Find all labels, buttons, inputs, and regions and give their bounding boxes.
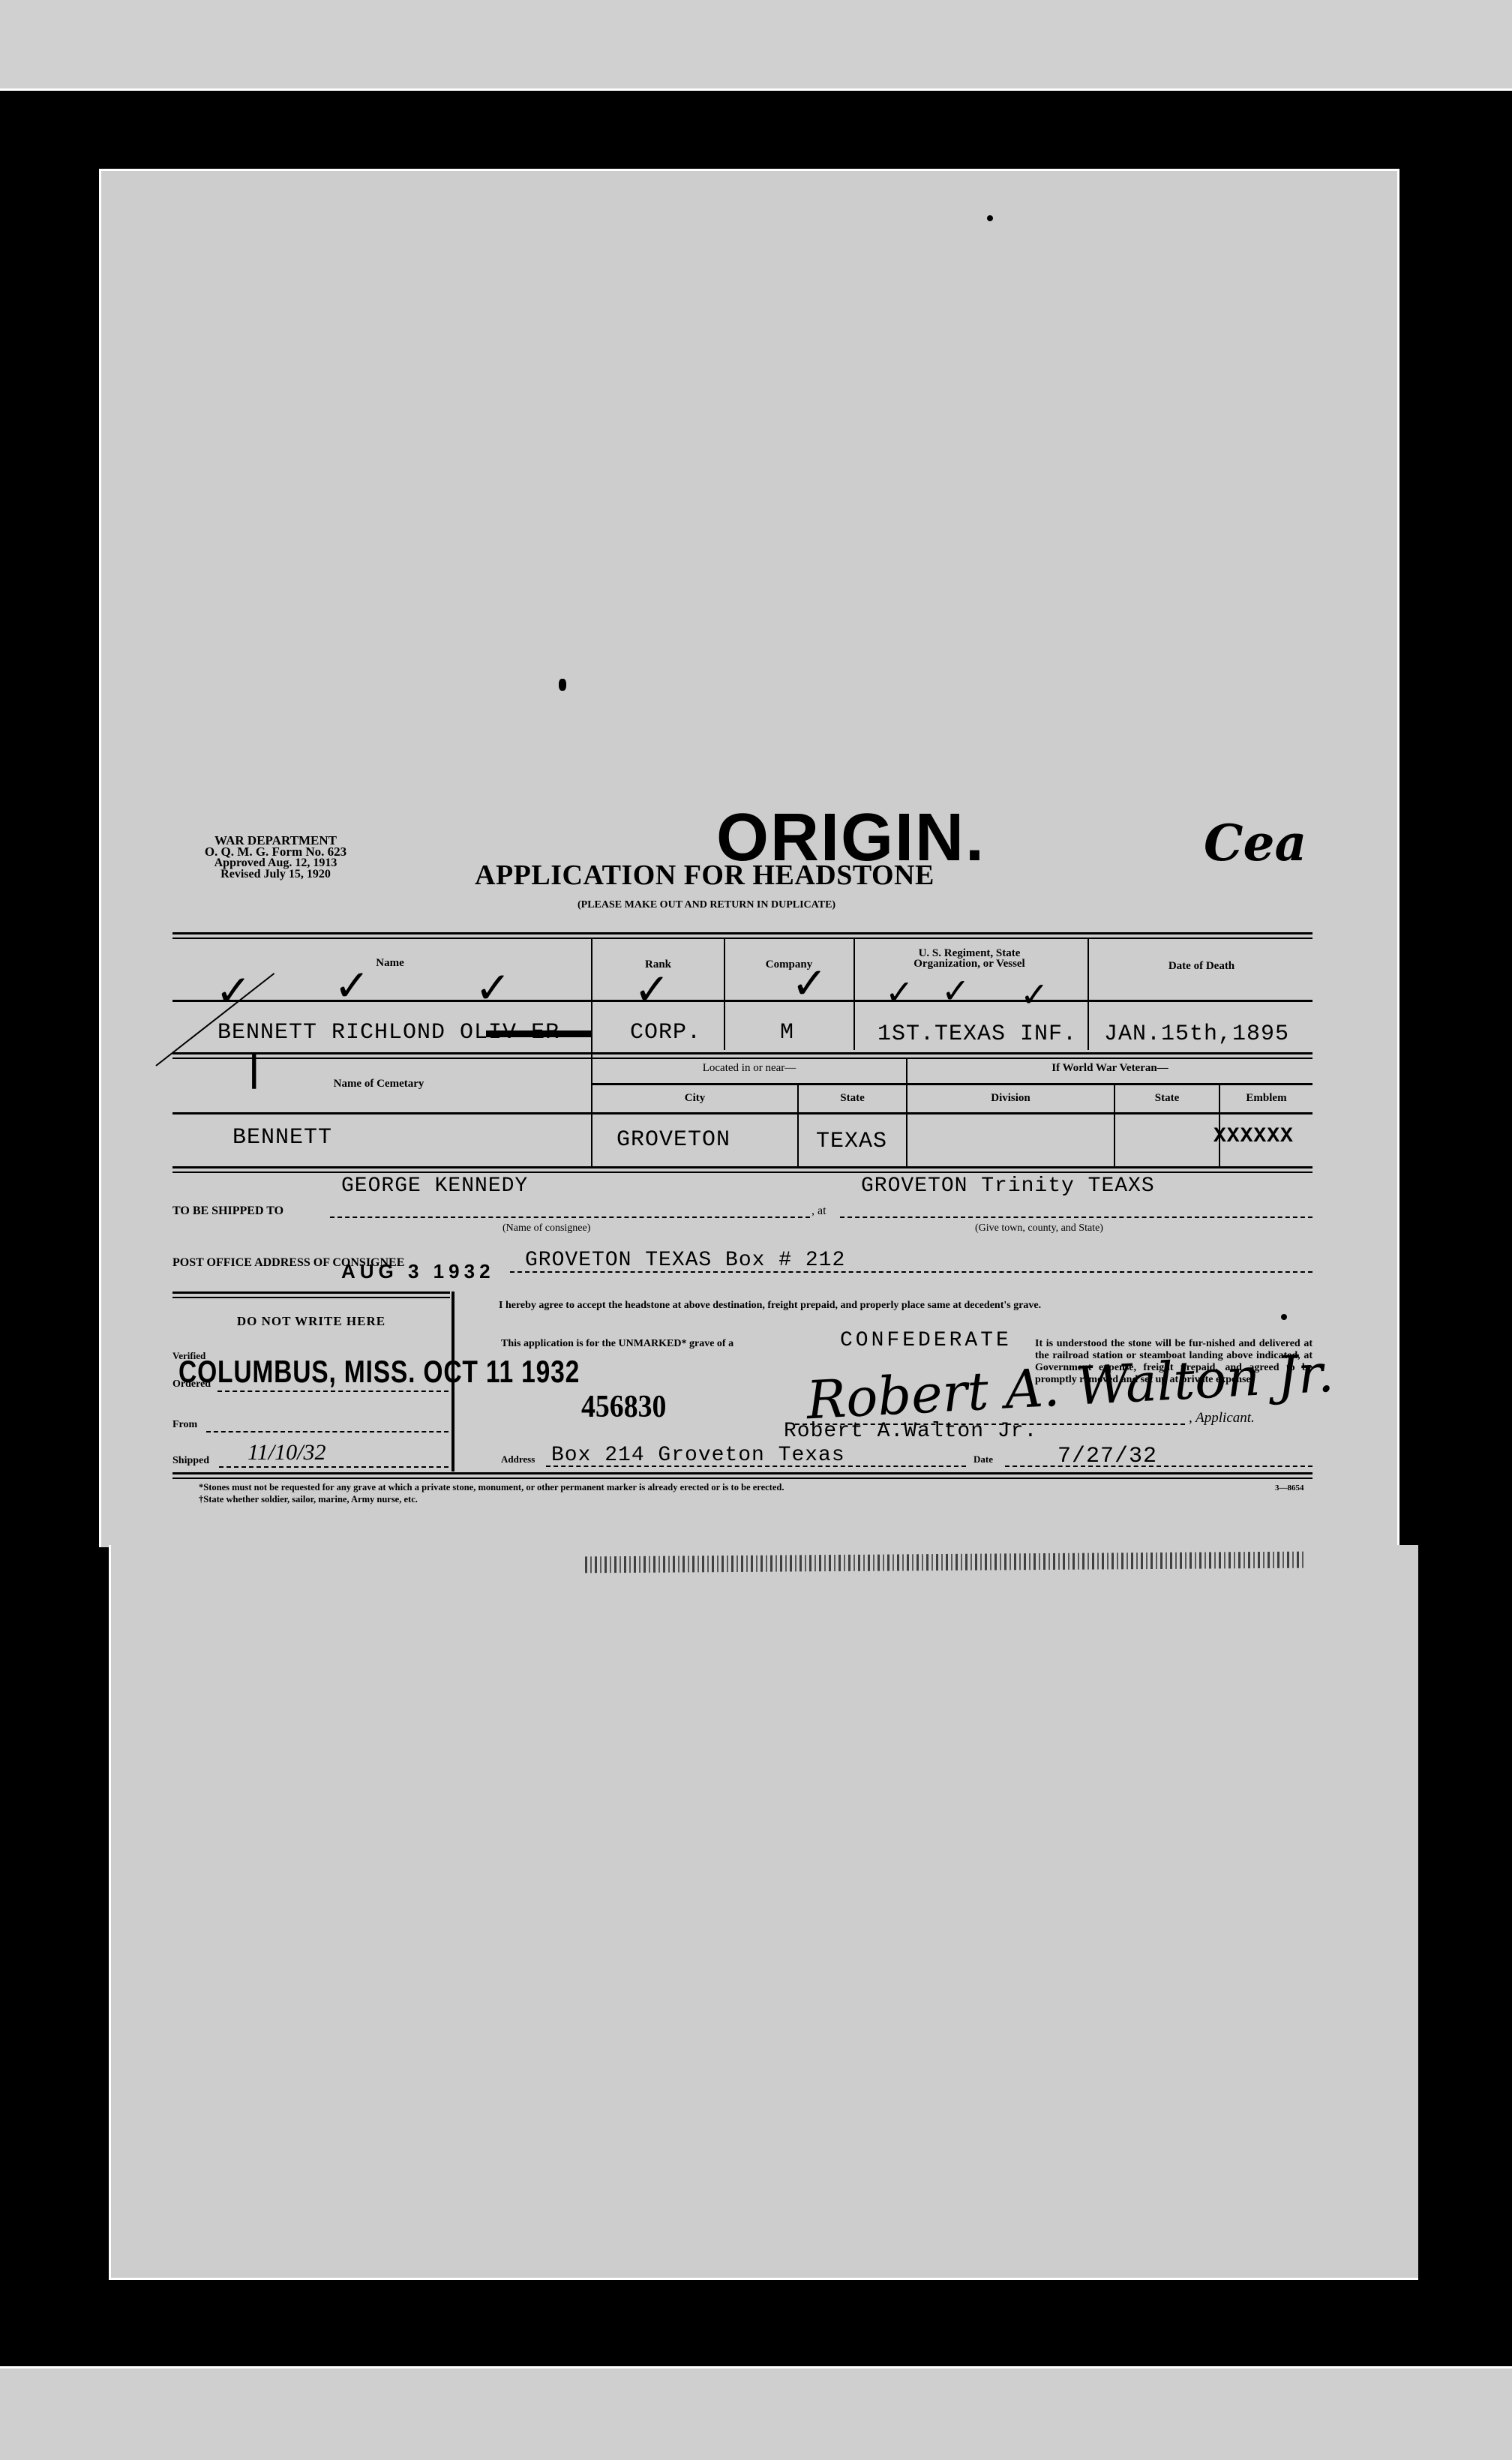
date-line (1005, 1465, 1312, 1467)
speck (987, 215, 993, 221)
accept-statement: I hereby agree to accept the headstone a… (499, 1300, 1041, 1312)
shipped-line (219, 1466, 448, 1468)
footnote-1: *Stones must not be requested for any gr… (199, 1482, 784, 1493)
speck (559, 679, 566, 691)
consignee-name: GEORGE KENNEDY (341, 1174, 528, 1198)
serial-number: 456830 (581, 1389, 666, 1425)
header-emblem: Emblem (1220, 1092, 1312, 1105)
header-located: Located in or near— (592, 1062, 906, 1075)
form-number: O. Q. M. G. Form No. 623 (169, 846, 382, 857)
footnote-2: †State whether soldier, sailor, marine, … (199, 1494, 418, 1505)
at-label: , at (811, 1204, 826, 1218)
value-date-of-death: JAN.15th,1895 (1104, 1021, 1289, 1047)
checkmark-icon: ✓ (791, 961, 828, 1005)
header-ww-veteran: If World War Veteran— (907, 1062, 1312, 1075)
header-company: Company (725, 958, 853, 971)
scanner-top-margin (0, 0, 1512, 91)
footer-rule (172, 1472, 1312, 1479)
shipped-label: Shipped (172, 1455, 209, 1467)
po-address: GROVETON TEXAS Box # 212 (525, 1249, 845, 1272)
table-bottom-rule (172, 1166, 1312, 1173)
header-ww-state: State (1115, 1092, 1219, 1105)
form-subtitle: (PLEASE MAKE OUT AND RETURN IN DUPLICATE… (577, 899, 835, 911)
tick-mark-icon: | (247, 1050, 261, 1086)
do-not-write-heading: DO NOT WRITE HERE (172, 1314, 450, 1329)
form-identifier: WAR DEPARTMENT O. Q. M. G. Form No. 623 … (169, 835, 382, 880)
grave-of-value: CONFEDERATE (840, 1329, 1012, 1352)
divider (853, 937, 855, 1050)
checkmark-icon: ✓ (334, 964, 370, 1007)
destination-line (840, 1216, 1312, 1218)
form-title: APPLICATION FOR HEADSTONE (475, 859, 934, 892)
value-city: GROVETON (616, 1127, 730, 1153)
value-rank: CORP. (630, 1020, 701, 1045)
ordered-line (217, 1390, 448, 1392)
received-stamp: AUG 3 1932 (341, 1260, 495, 1283)
table-top-rule (172, 932, 1312, 939)
header-cemetery: Name of Cemetary (285, 1078, 472, 1090)
subheader-rule (592, 1083, 1312, 1085)
approved-date: Approved Aug. 12, 1913 (169, 857, 382, 868)
value-regiment: 1ST.TEXAS INF. (877, 1021, 1077, 1047)
subheader-rule (172, 1112, 1312, 1114)
ship-to-label: TO BE SHIPPED TO (172, 1204, 283, 1218)
from-label: From (172, 1419, 197, 1431)
shipped-date-handwritten: 11/10/32 (247, 1440, 325, 1465)
checkmark-icon: ✓ (475, 966, 511, 1009)
value-emblem-struck: XXXXXX (1213, 1125, 1294, 1148)
value-cemetery: BENNETT (232, 1125, 332, 1150)
destination: GROVETON Trinity TEAXS (861, 1174, 1155, 1198)
speck (1281, 1314, 1287, 1320)
checkmark-icon: ✓ (1020, 977, 1049, 1012)
address-label: Address (501, 1453, 535, 1465)
header-regiment: U. S. Regiment, State Organization, or V… (885, 948, 1054, 969)
form-code: 3—8654 (1275, 1483, 1304, 1492)
date-label: Date (973, 1453, 993, 1465)
value-company: M (780, 1020, 794, 1045)
applicant-typed-name: Robert A.Walton Jr. (784, 1420, 1037, 1443)
document-page-lower-fold (109, 1545, 1418, 2280)
handwritten-initials: Cea (1204, 814, 1306, 872)
scanner-bottom-margin (0, 2366, 1512, 2460)
header-date-of-death: Date of Death (1089, 960, 1314, 973)
header-division: Division (907, 1092, 1114, 1105)
value-state: TEXAS (816, 1129, 887, 1154)
divider (1087, 937, 1089, 1050)
from-line (206, 1431, 448, 1432)
divider (724, 937, 725, 1050)
application-text-1: This application is for the UNMARKED* gr… (501, 1338, 733, 1350)
ordered-label: Ordered (172, 1378, 211, 1390)
received-stamp-columbus: COLUMBUS, MISS. OCT 11 1932 (178, 1354, 580, 1390)
consignee-caption: (Name of consignee) (502, 1222, 590, 1234)
checkmark-icon: ✓ (941, 973, 970, 1008)
office-box-top (172, 1291, 450, 1298)
row-rule (172, 1052, 1312, 1059)
applicant-label: , Applicant. (1189, 1410, 1255, 1426)
revised-date: Revised July 15, 1920 (169, 868, 382, 880)
applicant-address: Box 214 Groveton Texas (551, 1444, 845, 1467)
strikethrough (486, 1030, 591, 1037)
checkmark-icon: ✓ (634, 967, 670, 1011)
header-city: City (592, 1092, 797, 1105)
header-state: State (799, 1092, 906, 1105)
destination-caption: (Give town, county, and State) (975, 1222, 1103, 1234)
checkmark-icon: ✓ (885, 975, 914, 1009)
application-date: 7/27/32 (1057, 1444, 1157, 1469)
consignee-line (330, 1216, 810, 1218)
